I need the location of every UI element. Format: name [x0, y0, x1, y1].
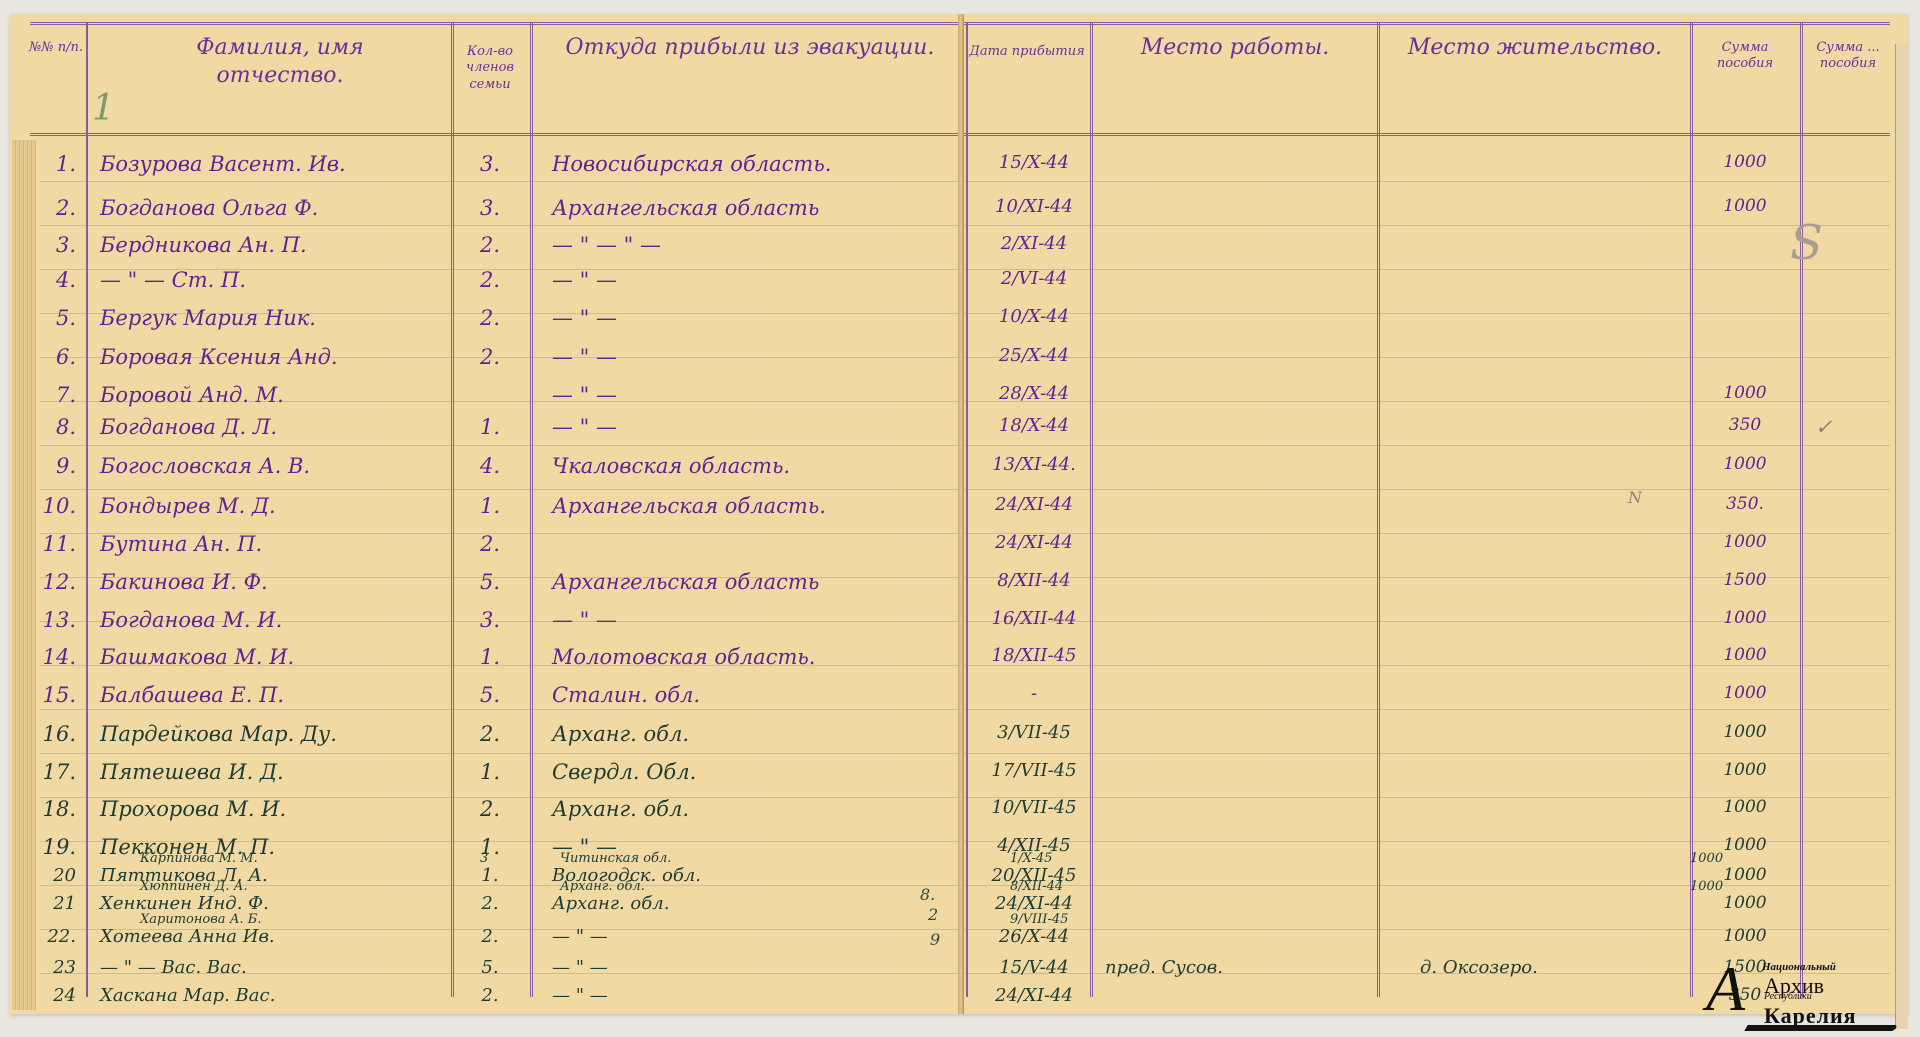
row-members: 2. [470, 345, 510, 369]
row-origin: — " — [552, 345, 617, 369]
row-members: 2. [470, 926, 510, 947]
row-name: Бозурова Васент. Ив. [100, 152, 346, 176]
row-arrival-date: 2/XI-44 [974, 233, 1094, 254]
row-number: 18. [30, 797, 76, 821]
row-origin: Чкаловская область. [552, 454, 790, 478]
row-origin: Архангельская область [552, 570, 819, 594]
row-members: 1. [470, 645, 510, 669]
row-name: Боровая Ксения Анд. [100, 345, 338, 369]
row-arrival-date: 25/X-44 [974, 345, 1094, 366]
header-work-place: Место работы. [1100, 34, 1370, 62]
row-amount: 1000 [1700, 760, 1790, 780]
archive-watermark-logo: А Национальный Архив Республики Карелия [1706, 957, 1896, 1027]
row-number: 7. [30, 383, 76, 407]
row-members-correction: 3 [480, 851, 488, 866]
row-amount: 1000 [1700, 926, 1790, 946]
row-name-correction: Харитонова А. Б. [140, 912, 262, 927]
row-arrival-date: 3/VII-45 [974, 722, 1094, 743]
row-number: 2. [30, 196, 76, 220]
row-amount: 1000 [1700, 196, 1790, 216]
row-amount-correction: 1000 [1690, 851, 1723, 866]
row-arrival-date: 24/XI-44 [974, 893, 1094, 914]
row-date-correction: 9/VIII-45 [1010, 912, 1068, 927]
header-residence: Место жительство. [1390, 34, 1680, 62]
row-arrival-date: 24/XI-44 [974, 494, 1094, 515]
row-date-correction: 1/X-45 [1010, 851, 1052, 866]
row-members: 2. [470, 893, 510, 914]
row-origin: — " — [552, 415, 617, 439]
row-name: Боровой Анд. М. [100, 383, 284, 407]
row-arrival-date: 15/X-44 [974, 152, 1094, 173]
row-amount: 1000 [1700, 454, 1790, 474]
table-row: 15.Балбашева Е. П.5.Сталин. обл.-1000 [0, 683, 1920, 727]
row-name: Бутина Ан. П. [100, 532, 262, 556]
row-name: Хенкинен Инд. Ф. [100, 893, 269, 914]
side-mark: 9 [930, 930, 940, 949]
row-number: 16. [30, 722, 76, 746]
header-from: Откуда прибыли из эвакуации. [550, 34, 950, 62]
row-name: Хотеева Анна Ив. [100, 926, 275, 947]
header-loan-amount: Сумма пособия [1693, 40, 1797, 73]
row-members: 5. [470, 570, 510, 594]
row-members: 1. [470, 835, 510, 859]
row-origin: — " — [552, 985, 608, 1006]
row-name: Балбашева Е. П. [100, 683, 284, 707]
row-name-correction: Карпинова М. М. [140, 851, 258, 866]
row-origin: Молотовская область. [552, 645, 815, 669]
row-amount: 1000 [1700, 152, 1790, 172]
row-members: 2. [470, 722, 510, 746]
row-arrival-date: 13/XI-44. [974, 454, 1094, 475]
row-amount: 350. [1700, 494, 1790, 514]
row-amount: 1000 [1700, 797, 1790, 817]
side-mark: 8. [920, 885, 935, 904]
row-origin-correction: Читинская обл. [560, 851, 671, 866]
row-name: Хаскана Мар. Вас. [100, 985, 275, 1006]
header-arrival-date: Дата прибытия [968, 44, 1086, 60]
row-number: 10. [30, 494, 76, 518]
row-origin: — " — [552, 926, 608, 947]
row-origin-correction: Арханг. обл. [560, 879, 645, 894]
row-arrival-date: 18/XII-45 [974, 645, 1094, 666]
row-name: Богословская А. В. [100, 454, 310, 478]
header-name: Фамилия, имя отчество. [130, 34, 430, 89]
row-number: 6. [30, 345, 76, 369]
row-origin: — " — [552, 268, 617, 292]
row-members: 5. [470, 957, 510, 978]
row-members: 4. [470, 454, 510, 478]
row-amount: 1000 [1700, 532, 1790, 552]
row-members: 1. [470, 865, 510, 886]
row-origin: Арханг. обл. [552, 722, 689, 746]
s-margin-mark: S [1790, 215, 1823, 271]
row-origin: — " — [552, 306, 617, 330]
row-residence: д. Оксозеро. [1420, 957, 1538, 978]
row-members: 1. [470, 760, 510, 784]
checkmark-icon: ✓ [1815, 415, 1833, 439]
table-row: 1.Бозурова Васент. Ив.3.Новосибирская об… [0, 152, 1920, 196]
row-origin: Сталин. обл. [552, 683, 700, 707]
row-number: 20 [30, 865, 76, 886]
row-number: 11. [30, 532, 76, 556]
row-amount-correction: 1000 [1690, 879, 1723, 894]
row-number: 1. [30, 152, 76, 176]
row-members: 5. [470, 683, 510, 707]
row-amount: 350 [1700, 415, 1790, 435]
row-members: 1. [470, 415, 510, 439]
row-amount: 1000 [1700, 383, 1790, 403]
quill-icon [1744, 1025, 1897, 1031]
row-arrival-date: 24/XI-44 [974, 532, 1094, 553]
row-arrival-date: 15/V-44 [974, 957, 1094, 978]
archive-logo-line1: Национальный [1762, 961, 1836, 973]
row-members: 3. [470, 608, 510, 632]
row-members: 1. [470, 494, 510, 518]
row-number: 14. [30, 645, 76, 669]
row-arrival-date: 10/XI-44 [974, 196, 1094, 217]
row-number: 24 [30, 985, 76, 1006]
row-origin: Новосибирская область. [552, 152, 831, 176]
row-amount: 1000 [1700, 722, 1790, 742]
row-name: — " — Ст. П. [100, 268, 246, 292]
side-mark: 2 [928, 905, 938, 924]
row-name: Бердникова Ан. П. [100, 233, 307, 257]
row-name: — " — Вас. Вас. [100, 957, 247, 978]
row-number: 22. [30, 926, 76, 947]
row-arrival-date: 18/X-44 [974, 415, 1094, 436]
row-members: 2. [470, 797, 510, 821]
row-number: 15. [30, 683, 76, 707]
n-margin-mark: N [1628, 488, 1642, 507]
row-number: 21 [30, 893, 76, 914]
row-arrival-date: - [974, 683, 1094, 704]
row-arrival-date: 10/X-44 [974, 306, 1094, 327]
row-arrival-date: 2/VI-44 [974, 268, 1094, 289]
row-name: Пардейкова Мар. Ду. [100, 722, 337, 746]
row-arrival-date: 16/XII-44 [974, 608, 1094, 629]
corner-mark: 1 [92, 88, 115, 129]
row-members: 3. [470, 152, 510, 176]
row-amount: 1000 [1700, 645, 1790, 665]
row-name-correction: Хюппинен Д. А. [140, 879, 248, 894]
row-name: Прохорова М. И. [100, 797, 286, 821]
row-name: Бергук Мария Ник. [100, 306, 316, 330]
row-amount: 1000 [1700, 608, 1790, 628]
row-origin: Арханг. обл. [552, 797, 689, 821]
row-members: 3. [470, 196, 510, 220]
row-number: 19. [30, 835, 76, 859]
archive-logo-line3: Республики [1764, 991, 1812, 1002]
row-origin: — " — [552, 383, 617, 407]
row-amount: 1500 [1700, 570, 1790, 590]
row-amount: 1000 [1700, 893, 1790, 913]
table-row: 5.Бергук Мария Ник.2.— " —10/X-44 [0, 306, 1920, 350]
table-row: 24Хаскана Мар. Вас.2.— " —24/XI-44350 [0, 985, 1920, 1029]
row-members: 2. [470, 532, 510, 556]
row-number: 3. [30, 233, 76, 257]
row-name: Пятешева И. Д. [100, 760, 284, 784]
row-members: 2. [470, 268, 510, 292]
row-origin: Арханг. обл. [552, 893, 669, 914]
row-arrival-date: 24/XI-44 [974, 985, 1094, 1006]
row-arrival-date: 28/X-44 [974, 383, 1094, 404]
row-work-place: пред. Сусов. [1105, 957, 1223, 978]
row-origin: Архангельская область. [552, 494, 826, 518]
row-arrival-date: 17/VII-45 [974, 760, 1094, 781]
row-number: 17. [30, 760, 76, 784]
row-name: Бондырев М. Д. [100, 494, 276, 518]
row-number: 4. [30, 268, 76, 292]
row-arrival-date: 26/X-44 [974, 926, 1094, 947]
row-name: Богданова Д. Л. [100, 415, 277, 439]
row-number: 13. [30, 608, 76, 632]
row-amount: 1000 [1700, 683, 1790, 703]
archive-logo-initial: А [1706, 957, 1745, 1021]
row-arrival-date: 10/VII-45 [974, 797, 1094, 818]
row-arrival-date: 8/XII-44 [974, 570, 1094, 591]
header-no: №№ п/п. [28, 40, 84, 56]
row-name: Богданова Ольга Ф. [100, 196, 318, 220]
row-members: 2. [470, 306, 510, 330]
row-origin: — " — [552, 608, 617, 632]
row-origin: Свердл. Обл. [552, 760, 696, 784]
row-name: Башмакова М. И. [100, 645, 294, 669]
row-number: 8. [30, 415, 76, 439]
row-name: Бакинова И. Ф. [100, 570, 268, 594]
row-date-correction: 8/XII-44 [1010, 879, 1063, 894]
header-extra: Сумма ... пособия [1803, 40, 1893, 73]
row-origin: — " — " — [552, 233, 661, 257]
row-origin: — " — [552, 957, 608, 978]
header-members: Кол-во членов семьи [452, 44, 528, 93]
row-number: 9. [30, 454, 76, 478]
row-number: 5. [30, 306, 76, 330]
table-row: 8.Богданова Д. Л.1.— " —18/X-44350✓ [0, 415, 1920, 459]
row-members: 2. [470, 985, 510, 1006]
row-number: 12. [30, 570, 76, 594]
row-members: 2. [470, 233, 510, 257]
row-name: Богданова М. И. [100, 608, 282, 632]
row-number: 23 [30, 957, 76, 978]
row-origin: Архангельская область [552, 196, 819, 220]
